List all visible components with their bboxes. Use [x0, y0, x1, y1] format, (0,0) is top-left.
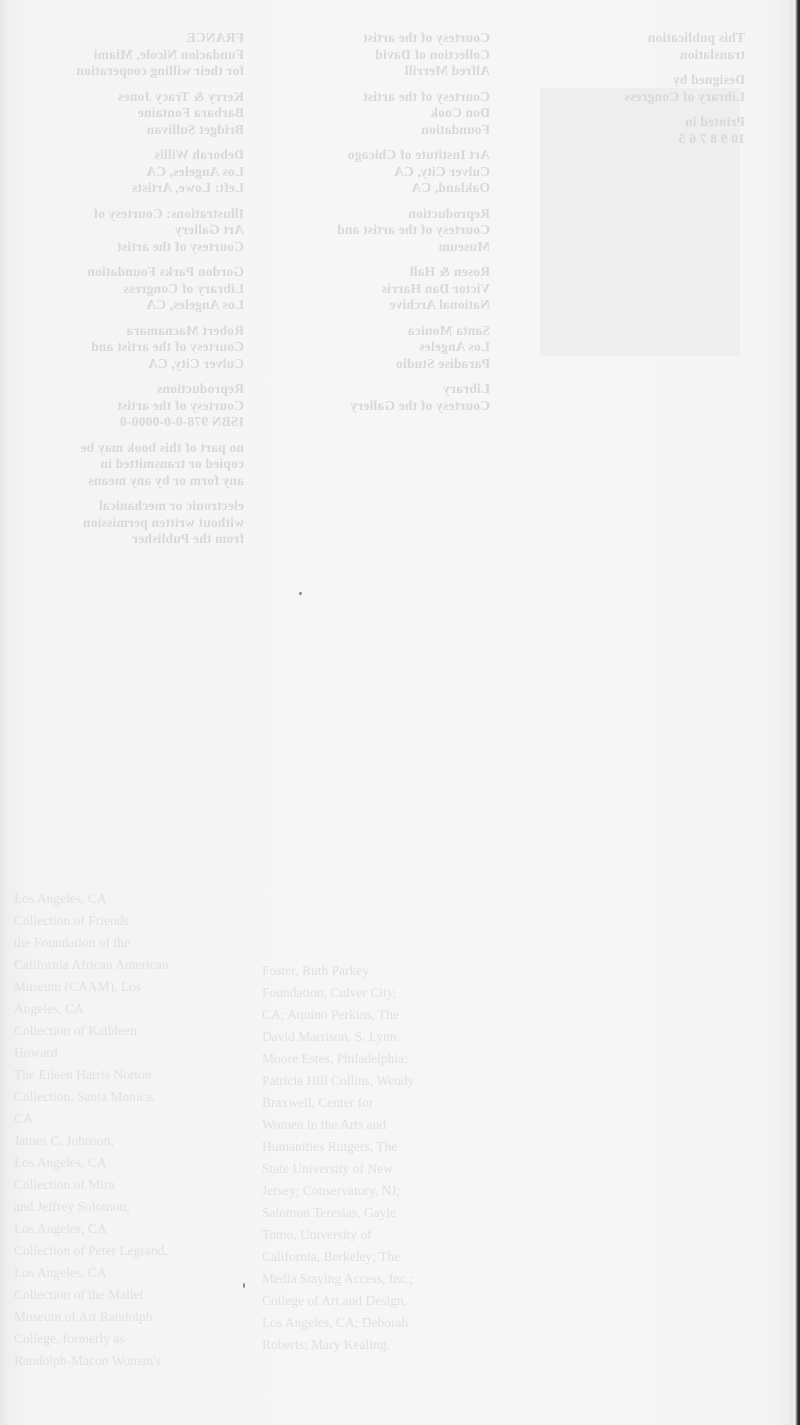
text-line: Courtesy of the artist — [262, 89, 490, 106]
show-through-left-column: FRANCEFundacion Nicole, Miamifor their w… — [12, 30, 244, 557]
text-line: Tomo, University of — [262, 1224, 490, 1246]
show-through-right-column: This publicationtranslationDesigned byLi… — [500, 30, 745, 156]
text-line: Randolph-Macon Woman's — [14, 1350, 244, 1372]
text-line: Reproductions — [12, 381, 244, 398]
text-line: Rosen & Hall — [262, 264, 490, 281]
text-line: Howard — [14, 1042, 244, 1064]
text-line: no part of this book may be — [12, 440, 244, 457]
text-line: Culver City, CA — [262, 164, 490, 181]
text-line: Culver City, CA — [12, 356, 244, 373]
text-line: Printed in — [500, 114, 745, 131]
text-line: CA; Aquino Perkins, The — [262, 1004, 490, 1026]
text-line: California, Berkeley; The — [262, 1246, 490, 1268]
text-line: Alfred Merrill — [262, 63, 490, 80]
text-line: Angeles, CA — [14, 998, 244, 1020]
text-line: State University of New — [262, 1158, 490, 1180]
text-line: Jersey; Conservatory, NJ; — [262, 1180, 490, 1202]
text-line: Kerry & Tracy Jones — [12, 89, 244, 106]
text-line: translation — [500, 47, 745, 64]
text-line: Courtesy of the Gallery — [262, 398, 490, 415]
text-line: Los Angeles, CA — [14, 888, 244, 910]
text-line: Los Angeles, CA; Deborah — [262, 1312, 490, 1334]
text-line: Collection of Peter Legrand, — [14, 1240, 244, 1262]
text-line: Foster, Ruth Parkey — [262, 960, 490, 982]
text-line: electronic or mechanical — [12, 498, 244, 515]
text-line: Deborah Willis — [12, 147, 244, 164]
text-line: Collection of David — [262, 47, 490, 64]
text-line: Collection of Kathleen — [14, 1020, 244, 1042]
text-line: Don Cook — [262, 105, 490, 122]
text-line: Courtesy of the artist and — [262, 222, 490, 239]
text-line: Bridget Sullivan — [12, 122, 244, 139]
text-line: Los Angeles, CA — [14, 1262, 244, 1284]
text-line: Los Angeles, CA — [14, 1152, 244, 1174]
text-line: National Archive — [262, 297, 490, 314]
text-line: Barbara Fontaine — [12, 105, 244, 122]
text-line: Collection, Santa Monica, — [14, 1086, 244, 1108]
show-through-middle-column: Courtesy of the artistCollection of Davi… — [262, 30, 490, 414]
text-line: College, formerly as — [14, 1328, 244, 1350]
text-line: College of Art and Design, — [262, 1290, 490, 1312]
book-page: FRANCEFundacion Nicole, Miamifor their w… — [0, 0, 800, 1425]
text-line: Robert Macnamara — [12, 323, 244, 340]
text-line: for their willing cooperation — [12, 63, 244, 80]
credits-left-column: Los Angeles, CACollection of Friendsthe … — [14, 888, 244, 1372]
text-line: Library — [262, 381, 490, 398]
text-line: any form or by any means — [12, 473, 244, 490]
text-line: without written permission — [12, 515, 244, 532]
text-line: Braxwell, Center for — [262, 1092, 490, 1114]
text-line: Los Angeles, CA — [14, 1218, 244, 1240]
text-line: Illustrations: Courtesy of — [12, 206, 244, 223]
text-line: 10 9 8 7 6 5 — [500, 131, 745, 148]
text-line: Gordon Parks Foundation — [12, 264, 244, 281]
text-line: Patricia Hill Collins, Wendy — [262, 1070, 490, 1092]
text-line: from the Publisher — [12, 531, 244, 548]
text-line: James C. Johnson, — [14, 1130, 244, 1152]
text-line: Museum — [262, 239, 490, 256]
text-line: the Foundation of the — [14, 932, 244, 954]
text-line: The Eileen Harris Norton — [14, 1064, 244, 1086]
text-line: Collection of the Mallet — [14, 1284, 244, 1306]
text-line: Reproduction — [262, 206, 490, 223]
text-line: copied or transmitted in — [12, 456, 244, 473]
text-line: Designed by — [500, 72, 745, 89]
text-line: Paradise Studio — [262, 356, 490, 373]
text-line: CA — [14, 1108, 244, 1130]
text-line: Humanities Rutgers, The — [262, 1136, 490, 1158]
text-line: Collection of Mira — [14, 1174, 244, 1196]
text-line: Courtesy of the artist — [262, 30, 490, 47]
text-line: Library of Congress — [500, 89, 745, 106]
text-line: Foundation, Culver City, — [262, 982, 490, 1004]
text-line: Foundation — [262, 122, 490, 139]
text-line: Santa Monica — [262, 323, 490, 340]
text-line: Library of Congress — [12, 281, 244, 298]
text-line: Courtesy of the artist — [12, 398, 244, 415]
text-line: Left: Lowe, Artists — [12, 180, 244, 197]
text-line: Museum of Art Randolph — [14, 1306, 244, 1328]
text-line: Art Institute of Chicago — [262, 147, 490, 164]
text-line: Los Angeles — [262, 339, 490, 356]
text-line: California African American — [14, 954, 244, 976]
text-line: Oakland, CA — [262, 180, 490, 197]
credits-middle-column: Foster, Ruth ParkeyFoundation, Culver Ci… — [262, 960, 490, 1356]
text-line: Salomon Teresias, Gayle — [262, 1202, 490, 1224]
text-line: Museum (CAAM), Los — [14, 976, 244, 998]
text-line: Victor Dan Harris — [262, 281, 490, 298]
text-line: Moore Estes, Philadelphia; — [262, 1048, 490, 1070]
text-line: Fundacion Nicole, Miami — [12, 47, 244, 64]
text-line: Art Gallery — [12, 222, 244, 239]
text-line: This publication — [500, 30, 745, 47]
dust-speck — [299, 592, 302, 595]
text-line: Courtesy of the artist — [12, 239, 244, 256]
text-line: Roberts; Mary Kealing. — [262, 1334, 490, 1356]
text-line: Media Staying Access, Inc.; — [262, 1268, 490, 1290]
text-line: Collection of Friends — [14, 910, 244, 932]
text-line: Los Angeles, CA — [12, 297, 244, 314]
text-line: Women in the Arts and — [262, 1114, 490, 1136]
text-line: FRANCE — [12, 30, 244, 47]
dust-speck — [243, 1283, 245, 1288]
text-line: David Marrison, S. Lynn — [262, 1026, 490, 1048]
text-line: ISBN 978-0-0-0000-0 — [12, 414, 244, 431]
text-line: Los Angeles, CA — [12, 164, 244, 181]
text-line: and Jeffrey Solomon, — [14, 1196, 244, 1218]
text-line: Courtesy of the artist and — [12, 339, 244, 356]
